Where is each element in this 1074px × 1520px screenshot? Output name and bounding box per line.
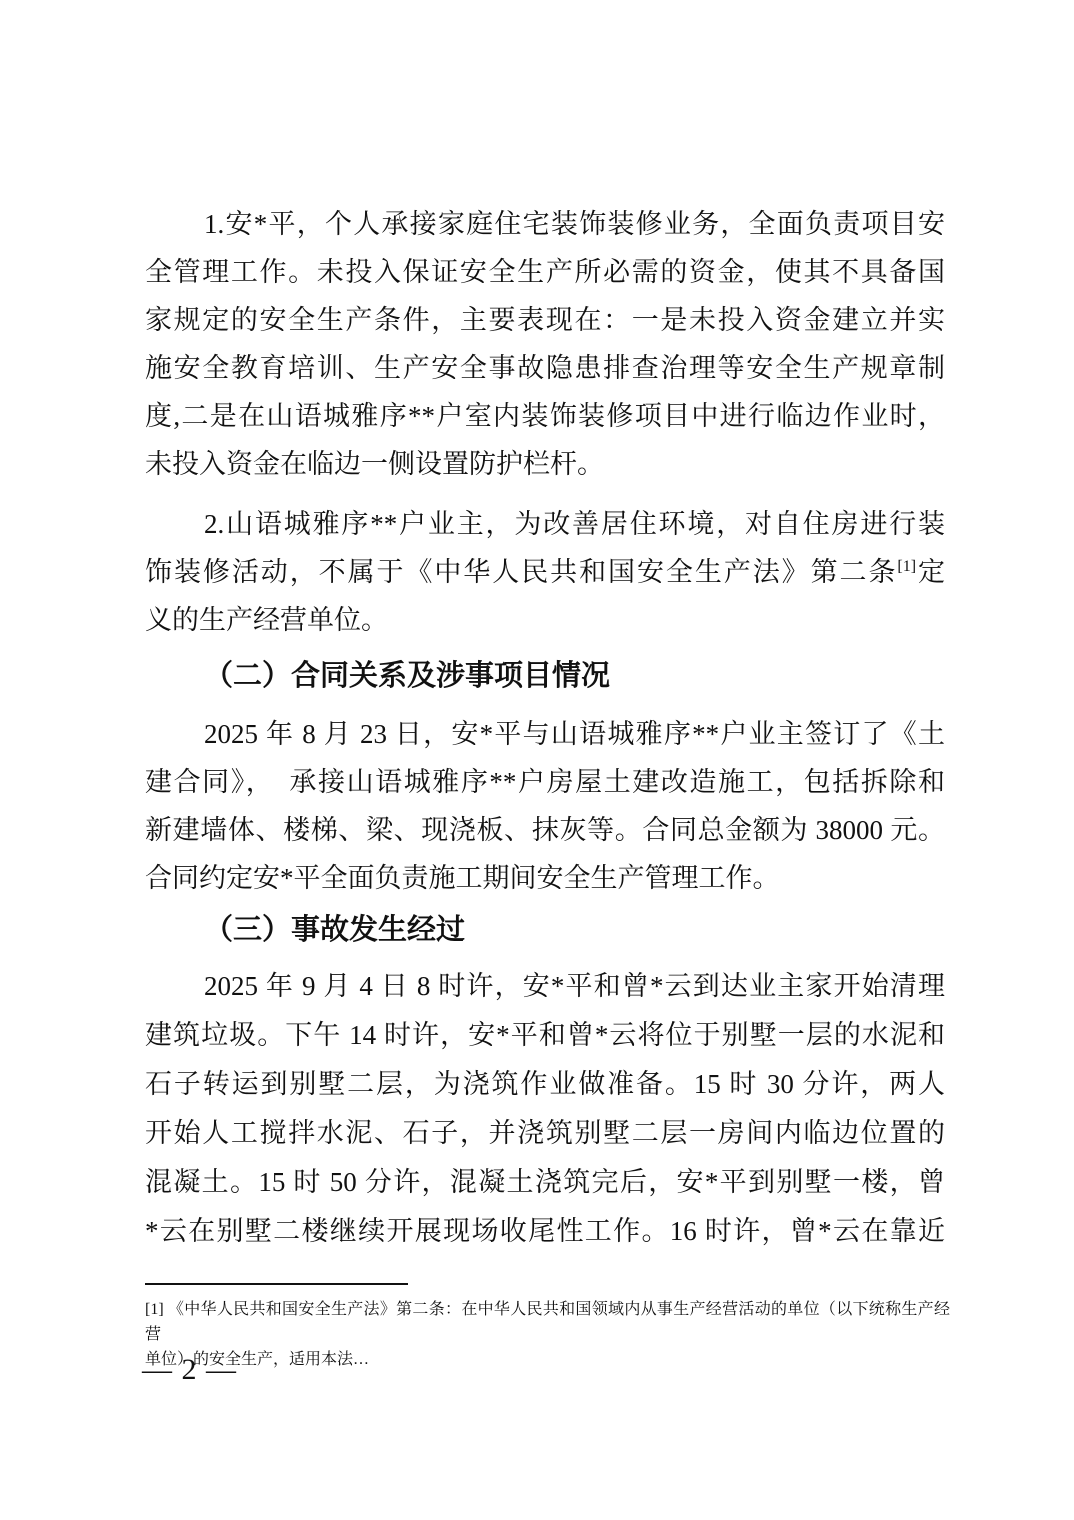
paragraph-1: 1.安*平，个人承接家庭住宅装饰装修业务，全面负责项目安 全管理工作。未投入保证… — [145, 200, 945, 488]
page-number: — 2 — — [142, 1352, 237, 1388]
footnote-line: [1] 《中华人民共和国安全生产法》第二条：在中华人民共和国领域内从事生产经营活… — [145, 1297, 950, 1347]
body-text: 定 — [916, 557, 945, 587]
section-heading-accident-course: （三）事故发生经过 — [145, 906, 945, 954]
body-line: 2025 年 8 月 23 日，安*平与山语城雅序**户业主签订了《土 — [145, 710, 945, 758]
body-line: 合同约定安*平全面负责施工期间安全生产管理工作。 — [145, 854, 945, 902]
body-line: 新建墙体、楼梯、梁、现浇板、抹灰等。合同总金额为 38000 元。 — [145, 806, 945, 854]
body-line: 2.山语城雅序**户业主，为改善居住环境，对自住房进行装 — [145, 500, 945, 548]
footnote-reference: [1] — [897, 558, 916, 575]
body-line: 度,二是在山语城雅序**户室内装饰装修项目中进行临边作业时， — [145, 392, 945, 440]
footnote: [1] 《中华人民共和国安全生产法》第二条：在中华人民共和国领域内从事生产经营活… — [145, 1297, 950, 1372]
document-page: 1.安*平，个人承接家庭住宅装饰装修业务，全面负责项目安 全管理工作。未投入保证… — [0, 0, 1074, 1520]
body-line: 石子转运到别墅二层，为浇筑作业做准备。15 时 30 分许，两人 — [145, 1060, 945, 1109]
footnote-separator — [145, 1283, 408, 1285]
body-line: 2025 年 9 月 4 日 8 时许，安*平和曾*云到达业主家开始清理 — [145, 962, 945, 1011]
paragraph-3: 2025 年 8 月 23 日，安*平与山语城雅序**户业主签订了《土 建合同》… — [145, 710, 945, 902]
body-line: 施安全教育培训、生产安全事故隐患排查治理等安全生产规章制 — [145, 344, 945, 392]
body-line: 1.安*平，个人承接家庭住宅装饰装修业务，全面负责项目安 — [145, 200, 945, 248]
body-text: 饰装修活动，不属于《中华人民共和国安全生产法》第二条 — [145, 557, 897, 587]
body-line: 义的生产经营单位。 — [145, 596, 945, 644]
footnote-line: 单位）的安全生产，适用本法… — [145, 1347, 950, 1372]
paragraph-4: 2025 年 9 月 4 日 8 时许，安*平和曾*云到达业主家开始清理 建筑垃… — [145, 962, 945, 1256]
body-line: 家规定的安全生产条件，主要表现在：一是未投入资金建立并实 — [145, 296, 945, 344]
body-line: 未投入资金在临边一侧设置防护栏杆。 — [145, 440, 945, 488]
body-line: *云在别墅二楼继续开展现场收尾性工作。16 时许，曾*云在靠近 — [145, 1207, 945, 1256]
paragraph-2: 2.山语城雅序**户业主，为改善居住环境，对自住房进行装 饰装修活动，不属于《中… — [145, 500, 945, 644]
body-line: 开始人工搅拌水泥、石子，并浇筑别墅二层一房间内临边位置的 — [145, 1109, 945, 1158]
section-heading-contract-relations: （二）合同关系及涉事项目情况 — [145, 652, 945, 700]
body-line: 建筑垃圾。下午 14 时许，安*平和曾*云将位于别墅一层的水泥和 — [145, 1011, 945, 1060]
body-line: 建合同》， 承接山语城雅序**户房屋土建改造施工，包括拆除和 — [145, 758, 945, 806]
body-line: 饰装修活动，不属于《中华人民共和国安全生产法》第二条[1]定 — [145, 548, 945, 596]
body-line: 混凝土。15 时 50 分许，混凝土浇筑完后，安*平到别墅一楼，曾 — [145, 1158, 945, 1207]
body-line: 全管理工作。未投入保证安全生产所必需的资金，使其不具备国 — [145, 248, 945, 296]
